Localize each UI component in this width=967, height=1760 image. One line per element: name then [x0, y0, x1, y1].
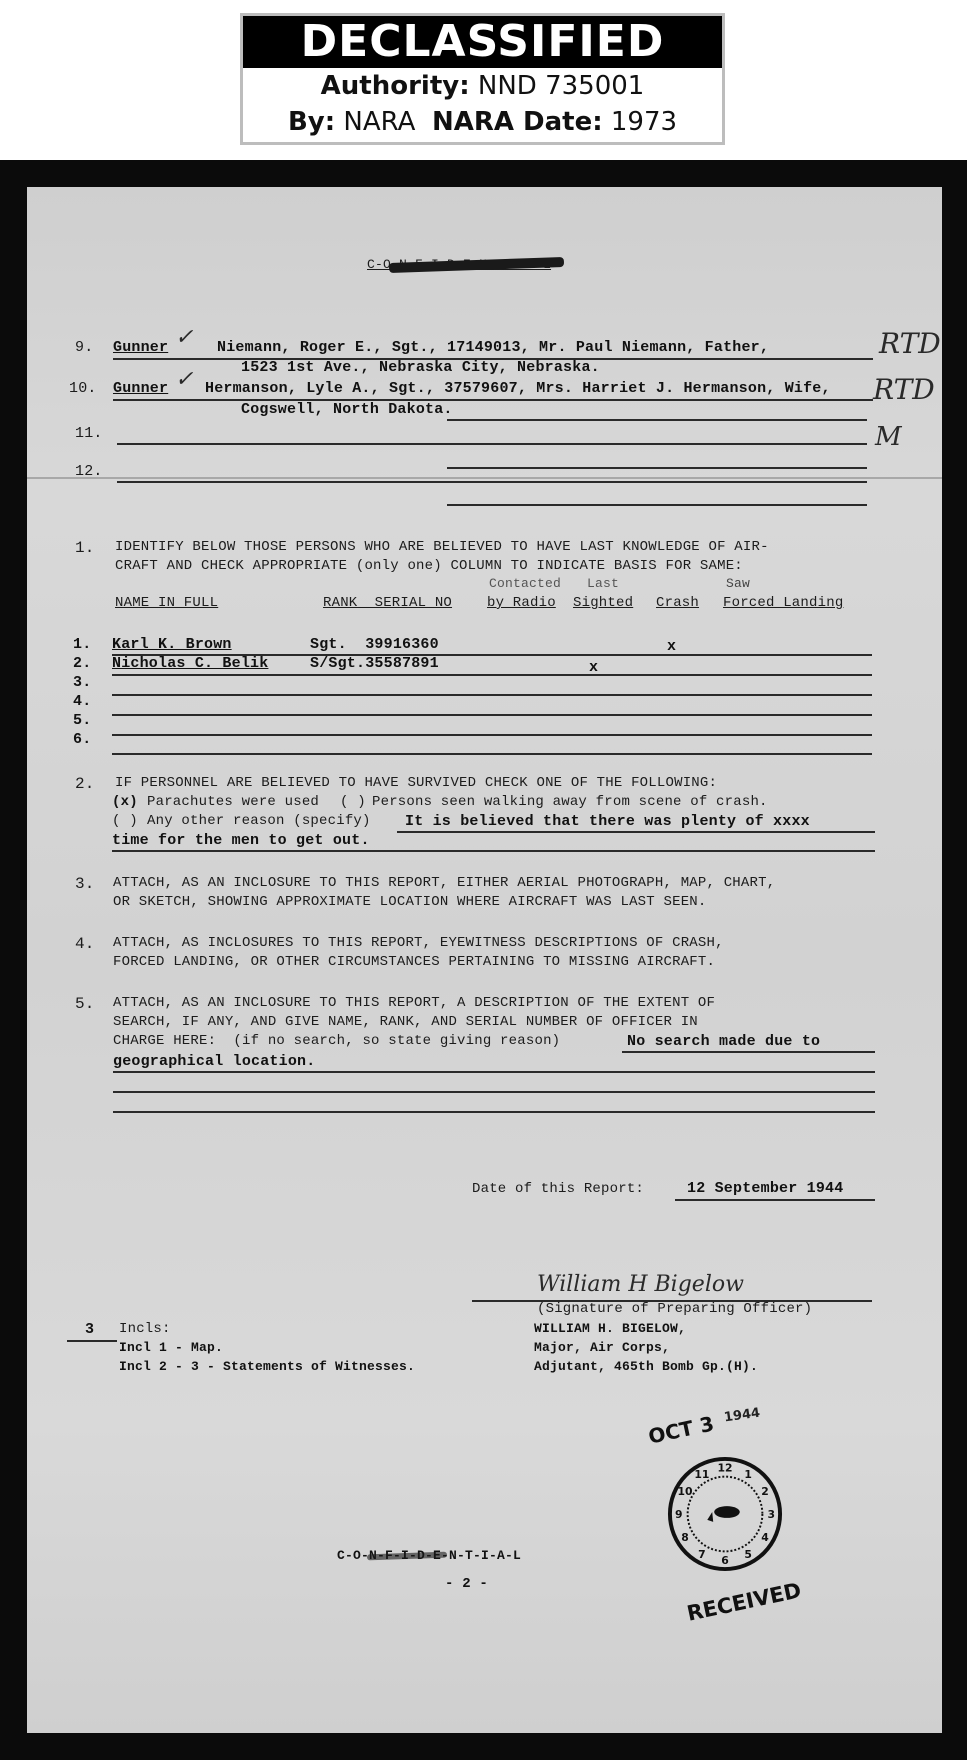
col-last-header: Sighted: [573, 595, 633, 611]
svg-text:12: 12: [717, 1462, 732, 1475]
col-saw-top: Saw: [726, 576, 750, 591]
other-reason-checkbox[interactable]: ( ): [112, 813, 138, 829]
witness-row-3-number: 3.: [73, 674, 91, 691]
walking-label: Persons seen walking away from scene of …: [372, 794, 768, 810]
received-stamp-year: 1944: [723, 1406, 761, 1426]
col-contacted-top: Contacted: [489, 576, 561, 591]
officer-rank: Major, Air Corps,: [534, 1340, 670, 1355]
witness-row-4-number: 4.: [73, 693, 91, 710]
witness-row-2-rank-serial: S/Sgt.35587891: [310, 655, 439, 672]
blank-line: [447, 504, 867, 506]
other-reason-answer-2: time for the men to get out.: [112, 832, 370, 849]
section3-number: 3.: [75, 875, 95, 893]
section3-line1: ATTACH, AS AN INCLOSURE TO THIS REPORT, …: [113, 875, 775, 891]
witness-row-1-name: Karl K. Brown: [112, 636, 232, 653]
received-stamp-label: RECEIVED: [685, 1578, 804, 1626]
section2-number: 2.: [75, 775, 95, 793]
crew-entry-9-position: Gunner: [113, 339, 168, 356]
col-saw-header: Forced Landing: [723, 595, 843, 611]
answer-line: [675, 1199, 875, 1201]
parachutes-label: Parachutes were used: [147, 794, 319, 810]
row-line: [112, 714, 872, 716]
page-number: - 2 -: [445, 1576, 488, 1592]
crew-entry-9-line1: Niemann, Roger E., Sgt., 17149013, Mr. P…: [217, 339, 769, 356]
crew-entry-9-line2: 1523 1st Ave., Nebraska City, Nebraska.: [241, 359, 600, 376]
answer-line: [397, 831, 875, 833]
row-line: [112, 753, 872, 755]
underline: [113, 399, 873, 401]
section1-number: 1.: [75, 539, 95, 557]
section5-line3: CHARGE HERE: (if no search, so state giv…: [113, 1033, 560, 1049]
col-last-top: Last: [587, 576, 619, 591]
blank-line: [113, 1111, 875, 1113]
witness-row-1-number: 1.: [73, 636, 91, 653]
crew-entry-10-number: 10.: [69, 380, 97, 397]
document-page: C-O-N-F-I-D-E-N-T-I-A-L 9. Gunner ✓ Niem…: [27, 187, 942, 1733]
report-date-value: 12 September 1944: [687, 1180, 843, 1197]
banner-by-date: By: NARA NARA Date: 1973: [243, 104, 722, 140]
svg-text:4: 4: [761, 1531, 769, 1544]
witness-row-2-name: Nicholas C. Belik: [112, 655, 268, 672]
crew-entry-9-number: 9.: [75, 339, 93, 356]
section5-number: 5.: [75, 995, 95, 1013]
parachutes-checkbox[interactable]: (x): [112, 794, 138, 810]
section4-line1: ATTACH, AS INCLOSURES TO THIS REPORT, EY…: [113, 935, 724, 951]
blank-line: [113, 1091, 875, 1093]
section5-answer-1: No search made due to: [627, 1033, 820, 1050]
crew-entry-10-line2: Cogswell, North Dakota.: [241, 401, 453, 418]
answer-line: [622, 1051, 875, 1053]
col-rank-serial-header: RANK SERIAL NO: [323, 595, 452, 611]
crew-entry-11-number: 11.: [75, 425, 103, 442]
banner-authority: Authority: NND 735001: [243, 68, 722, 104]
row-line: [112, 674, 872, 676]
crew-entry-10-line1: Hermanson, Lyle A., Sgt., 37579607, Mrs.…: [205, 380, 831, 397]
section5-line1: ATTACH, AS AN INCLOSURE TO THIS REPORT, …: [113, 995, 715, 1011]
svg-text:3: 3: [767, 1508, 775, 1521]
col-name-header: NAME IN FULL: [115, 595, 218, 611]
signature-caption: (Signature of Preparing Officer): [537, 1301, 812, 1317]
section1-instruction-1: IDENTIFY BELOW THOSE PERSONS WHO ARE BEL…: [115, 539, 769, 555]
svg-text:11: 11: [694, 1468, 709, 1481]
witness-row-5-number: 5.: [73, 712, 91, 729]
witness-row-1-mark: x: [667, 638, 676, 655]
inclosure-item-1: Incl 1 - Map.: [119, 1340, 223, 1355]
witness-row-2-number: 2.: [73, 655, 91, 672]
other-reason-label: Any other reason (specify): [147, 813, 371, 829]
handwritten-signature: William H Bigelow: [537, 1272, 744, 1297]
section5-line2: SEARCH, IF ANY, AND GIVE NAME, RANK, AND…: [113, 1014, 698, 1030]
other-reason-answer-1: It is believed that there was plenty of …: [405, 813, 810, 830]
officer-name: WILLIAM H. BIGELOW,: [534, 1321, 686, 1336]
svg-text:6: 6: [721, 1554, 729, 1567]
underline: [447, 419, 867, 421]
count-underline: [67, 1340, 117, 1342]
section1-instruction-2: CRAFT AND CHECK APPROPRIATE (only one) C…: [115, 558, 743, 574]
check-mark-icon: ✓: [175, 325, 193, 350]
crew-entry-9-annotation: RTD: [879, 327, 941, 360]
clock-stamp-icon: 121234567891011: [666, 1455, 784, 1573]
officer-title: Adjutant, 465th Bomb Gp.(H).: [534, 1359, 758, 1374]
check-mark-icon: ✓: [175, 367, 193, 392]
crew-entry-10-position: Gunner: [113, 380, 168, 397]
section4-line2: FORCED LANDING, OR OTHER CIRCUMSTANCES P…: [113, 954, 715, 970]
col-crash-header: Crash: [656, 595, 699, 611]
blank-line: [117, 443, 867, 445]
svg-text:8: 8: [681, 1531, 689, 1544]
witness-row-1-rank-serial: Sgt. 39916360: [310, 636, 439, 653]
witness-row-6-number: 6.: [73, 731, 91, 748]
svg-text:7: 7: [698, 1548, 706, 1561]
crew-entry-12-number: 12.: [75, 463, 103, 480]
declassified-banner: DECLASSIFIED Authority: NND 735001 By: N…: [240, 13, 725, 145]
row-line: [112, 734, 872, 736]
inclosure-count: 3: [85, 1321, 94, 1338]
svg-text:10: 10: [677, 1485, 692, 1498]
report-date-label: Date of this Report:: [472, 1181, 644, 1197]
inclosures-label: Incls:: [119, 1321, 171, 1337]
crew-entry-10-annotation: RTD: [873, 373, 935, 406]
walking-checkbox[interactable]: ( ): [340, 794, 366, 810]
answer-line: [113, 1071, 875, 1073]
received-stamp-date: OCT 3: [646, 1411, 716, 1448]
crew-entry-11-annotation: M: [875, 422, 902, 452]
inclosure-item-2: Incl 2 - 3 - Statements of Witnesses.: [119, 1359, 415, 1374]
section4-number: 4.: [75, 935, 95, 953]
blank-line: [447, 467, 867, 469]
section5-answer-2: geographical location.: [113, 1053, 315, 1070]
section3-line2: OR SKETCH, SHOWING APPROXIMATE LOCATION …: [113, 894, 707, 910]
blank-line: [117, 481, 867, 483]
answer-line: [112, 850, 875, 852]
row-line: [112, 694, 872, 696]
svg-text:2: 2: [761, 1485, 769, 1498]
section2-heading: IF PERSONNEL ARE BELIEVED TO HAVE SURVIV…: [115, 775, 717, 791]
banner-title: DECLASSIFIED: [243, 16, 722, 68]
svg-text:9: 9: [675, 1508, 683, 1521]
svg-text:1: 1: [744, 1468, 752, 1481]
svg-text:5: 5: [744, 1548, 752, 1561]
col-contacted-header: by Radio: [487, 595, 556, 611]
